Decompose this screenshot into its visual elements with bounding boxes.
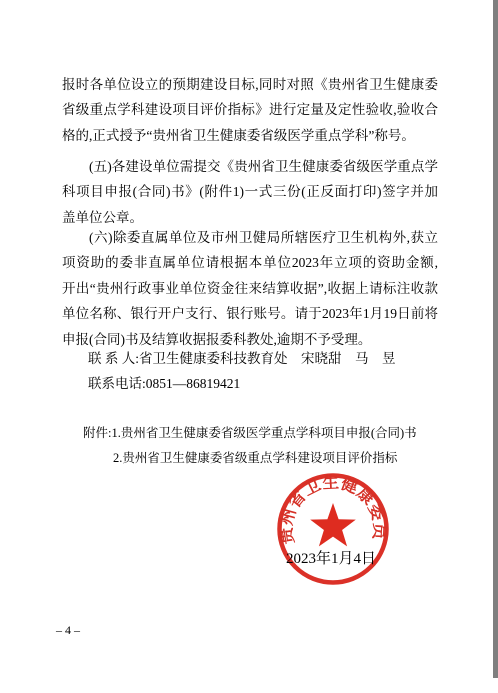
- attachment-line-1: 附件:1.贵州省卫生健康委省级医学重点学科项目申报(合同)书: [83, 421, 417, 446]
- page-number: – 4 –: [38, 622, 98, 638]
- paragraph-item-6: (六)除委直属单位及市州卫健局所辖医疗卫生机构外,获立 项资助的委非直属单位请根…: [62, 225, 438, 352]
- text-line: 项资助的委非直属单位请根据本单位2023年立项的资助金额,: [62, 250, 438, 275]
- text-line: 开出“贵州行政事业单位资金往来结算收据”,收据上请标注收款: [62, 276, 438, 301]
- text-line: 格的,正式授予“贵州省卫生健康委省级医学重点学科”称号。: [62, 123, 438, 148]
- attachments-block: 附件:1.贵州省卫生健康委省级医学重点学科项目申报(合同)书 2.贵州省卫生健康…: [83, 421, 417, 472]
- text-line: 科项目申报(合同)书》(附件1)一式三份(正反面打印)签字并加: [62, 179, 438, 204]
- scan-edge-strip: [493, 0, 498, 678]
- text-line: (五)各建设单位需提交《贵州省卫生健康委省级医学重点学: [62, 154, 438, 179]
- paragraph-intro: 报时各单位设立的预期建设目标,同时对照《贵州省卫生健康委 省级重点学科建设项目评…: [62, 72, 438, 148]
- official-seal: 贵州省卫生健康委员会: [273, 469, 393, 589]
- star-icon: [310, 503, 356, 546]
- text-line: 单位名称、银行开户支行、银行账号。请于2023年1月19日前将: [62, 301, 438, 326]
- text-line: (六)除委直属单位及市州卫健局所辖医疗卫生机构外,获立: [62, 225, 438, 250]
- paragraph-item-5: (五)各建设单位需提交《贵州省卫生健康委省级医学重点学 科项目申报(合同)书》(…: [62, 154, 438, 230]
- contact-phone-line: 联系电话:0851—86819421: [88, 371, 396, 396]
- attachment-line-2: 2.贵州省卫生健康委省级重点学科建设项目评价指标: [83, 446, 417, 471]
- contact-block: 联 系 人:省卫生健康委科技教育处 宋晓甜 马 昱 联系电话:0851—8681…: [88, 346, 396, 397]
- document-page: 报时各单位设立的预期建设目标,同时对照《贵州省卫生健康委 省级重点学科建设项目评…: [0, 0, 498, 693]
- contact-person-line: 联 系 人:省卫生健康委科技教育处 宋晓甜 马 昱: [88, 346, 396, 371]
- text-line: 报时各单位设立的预期建设目标,同时对照《贵州省卫生健康委: [62, 72, 438, 97]
- text-line: 省级重点学科建设项目评价指标》进行定量及定性验收,验收合: [62, 97, 438, 122]
